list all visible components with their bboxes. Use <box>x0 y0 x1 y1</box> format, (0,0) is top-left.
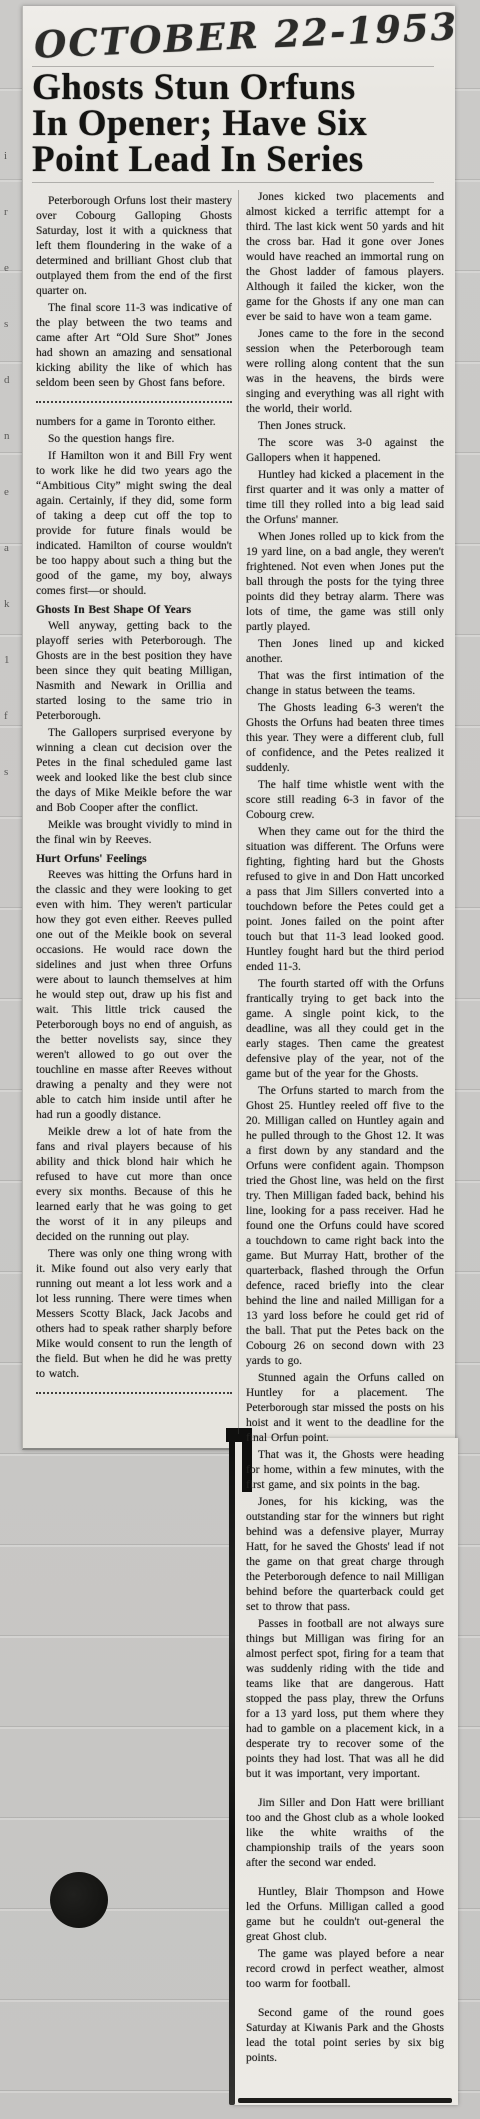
edge-fragment: s <box>4 766 20 822</box>
edge-fragment: s <box>4 318 20 374</box>
article-paragraph: The game was played before a near record… <box>246 1947 444 1992</box>
headline-line-2: In Opener; Have Six <box>32 106 434 142</box>
article-paragraph: Ghosts In Best Shape Of Years <box>36 603 232 618</box>
article-paragraph: The final score 11-3 was indicative of t… <box>36 301 232 391</box>
article-paragraph: Meikle drew a lot of hate from the fans … <box>36 1125 232 1245</box>
article-paragraph: The fourth started off with the Orfuns f… <box>246 977 444 1082</box>
article-headline: Ghosts Stun Orfuns In Opener; Have Six P… <box>32 66 434 183</box>
article-paragraph: Meikle was brought vividly to mind in th… <box>36 818 232 848</box>
article-paragraph: Reeves was hitting the Orfuns hard in th… <box>36 868 232 1123</box>
article-paragraph: Then Jones lined up and kicked another. <box>246 637 444 667</box>
article-paragraph <box>36 401 232 403</box>
article-paragraph: The score was 3-0 against the Gallopers … <box>246 436 444 466</box>
article-paragraph: Then Jones struck. <box>246 419 444 434</box>
clipping-torn-edge <box>229 1438 235 2105</box>
article-paragraph: Peterborough Orfuns lost their mastery o… <box>36 194 232 299</box>
article-paragraph: numbers for a game in Toronto either. <box>36 415 232 430</box>
headline-line-1: Ghosts Stun Orfuns <box>32 70 434 106</box>
article-paragraph: Second game of the round goes Saturday a… <box>246 2006 444 2066</box>
cut-off-column-fragments: iresdneak1fs <box>4 150 20 822</box>
scrapbook-page: iresdneak1fs OCTOBER 22-1953 Ghosts Stun… <box>0 0 480 2119</box>
article-left-column: Peterborough Orfuns lost their mastery o… <box>36 194 232 1432</box>
article-paragraph: When they came out for the third the sit… <box>246 825 444 975</box>
headline-line-3: Point Lead In Series <box>32 142 434 178</box>
ink-blot <box>50 1872 108 1928</box>
article-paragraph: Huntley, Blair Thompson and Howe led the… <box>246 1885 444 1945</box>
article-paragraph: Well anyway, getting back to the playoff… <box>36 619 232 724</box>
article-right-column: Jones kicked two placements and almost k… <box>246 190 444 2098</box>
article-paragraph: If Hamilton won it and Bill Fry went to … <box>36 449 232 599</box>
article-paragraph: So the question hangs fire. <box>36 432 232 447</box>
article-paragraph: Jones, for his kicking, was the outstand… <box>246 1495 444 1615</box>
article-paragraph: When Jones rolled up to kick from the 19… <box>246 530 444 635</box>
edge-fragment: n <box>4 430 20 486</box>
column-divider-rule <box>238 190 239 1434</box>
article-paragraph: The half time whistle went with the scor… <box>246 778 444 823</box>
article-paragraph: That was it, the Ghosts were heading for… <box>246 1448 444 1493</box>
article-paragraph: Jones kicked two placements and almost k… <box>246 190 444 325</box>
article-paragraph: The Orfuns started to march from the Gho… <box>246 1084 444 1369</box>
article-paragraph: Hurt Orfuns' Feelings <box>36 852 232 867</box>
edge-fragment: e <box>4 486 20 542</box>
edge-fragment: d <box>4 374 20 430</box>
article-paragraph: That was the first intimation of the cha… <box>246 669 444 699</box>
article-paragraph: Huntley had kicked a placement in the fi… <box>246 468 444 528</box>
edge-fragment: 1 <box>4 654 20 710</box>
article-paragraph: Passes in football are not always sure t… <box>246 1617 444 1782</box>
clipping-bottom-edge <box>238 2098 452 2103</box>
edge-fragment: r <box>4 206 20 262</box>
article-paragraph: There was only one thing wrong with it. … <box>36 1247 232 1382</box>
edge-fragment: a <box>4 542 20 598</box>
edge-fragment: e <box>4 262 20 318</box>
article-paragraph: Stunned again the Orfuns called on Huntl… <box>246 1371 444 1446</box>
article-paragraph: Jones came to the fore in the second ses… <box>246 327 444 417</box>
edge-fragment: i <box>4 150 20 206</box>
edge-fragment: k <box>4 598 20 654</box>
article-paragraph: Jim Siller and Don Hatt were brilliant t… <box>246 1796 444 1871</box>
article-paragraph: The Gallopers surprised everyone by winn… <box>36 726 232 816</box>
article-paragraph: The Ghosts leading 6-3 weren't the Ghost… <box>246 701 444 776</box>
edge-fragment: f <box>4 710 20 766</box>
article-paragraph <box>36 1392 232 1394</box>
